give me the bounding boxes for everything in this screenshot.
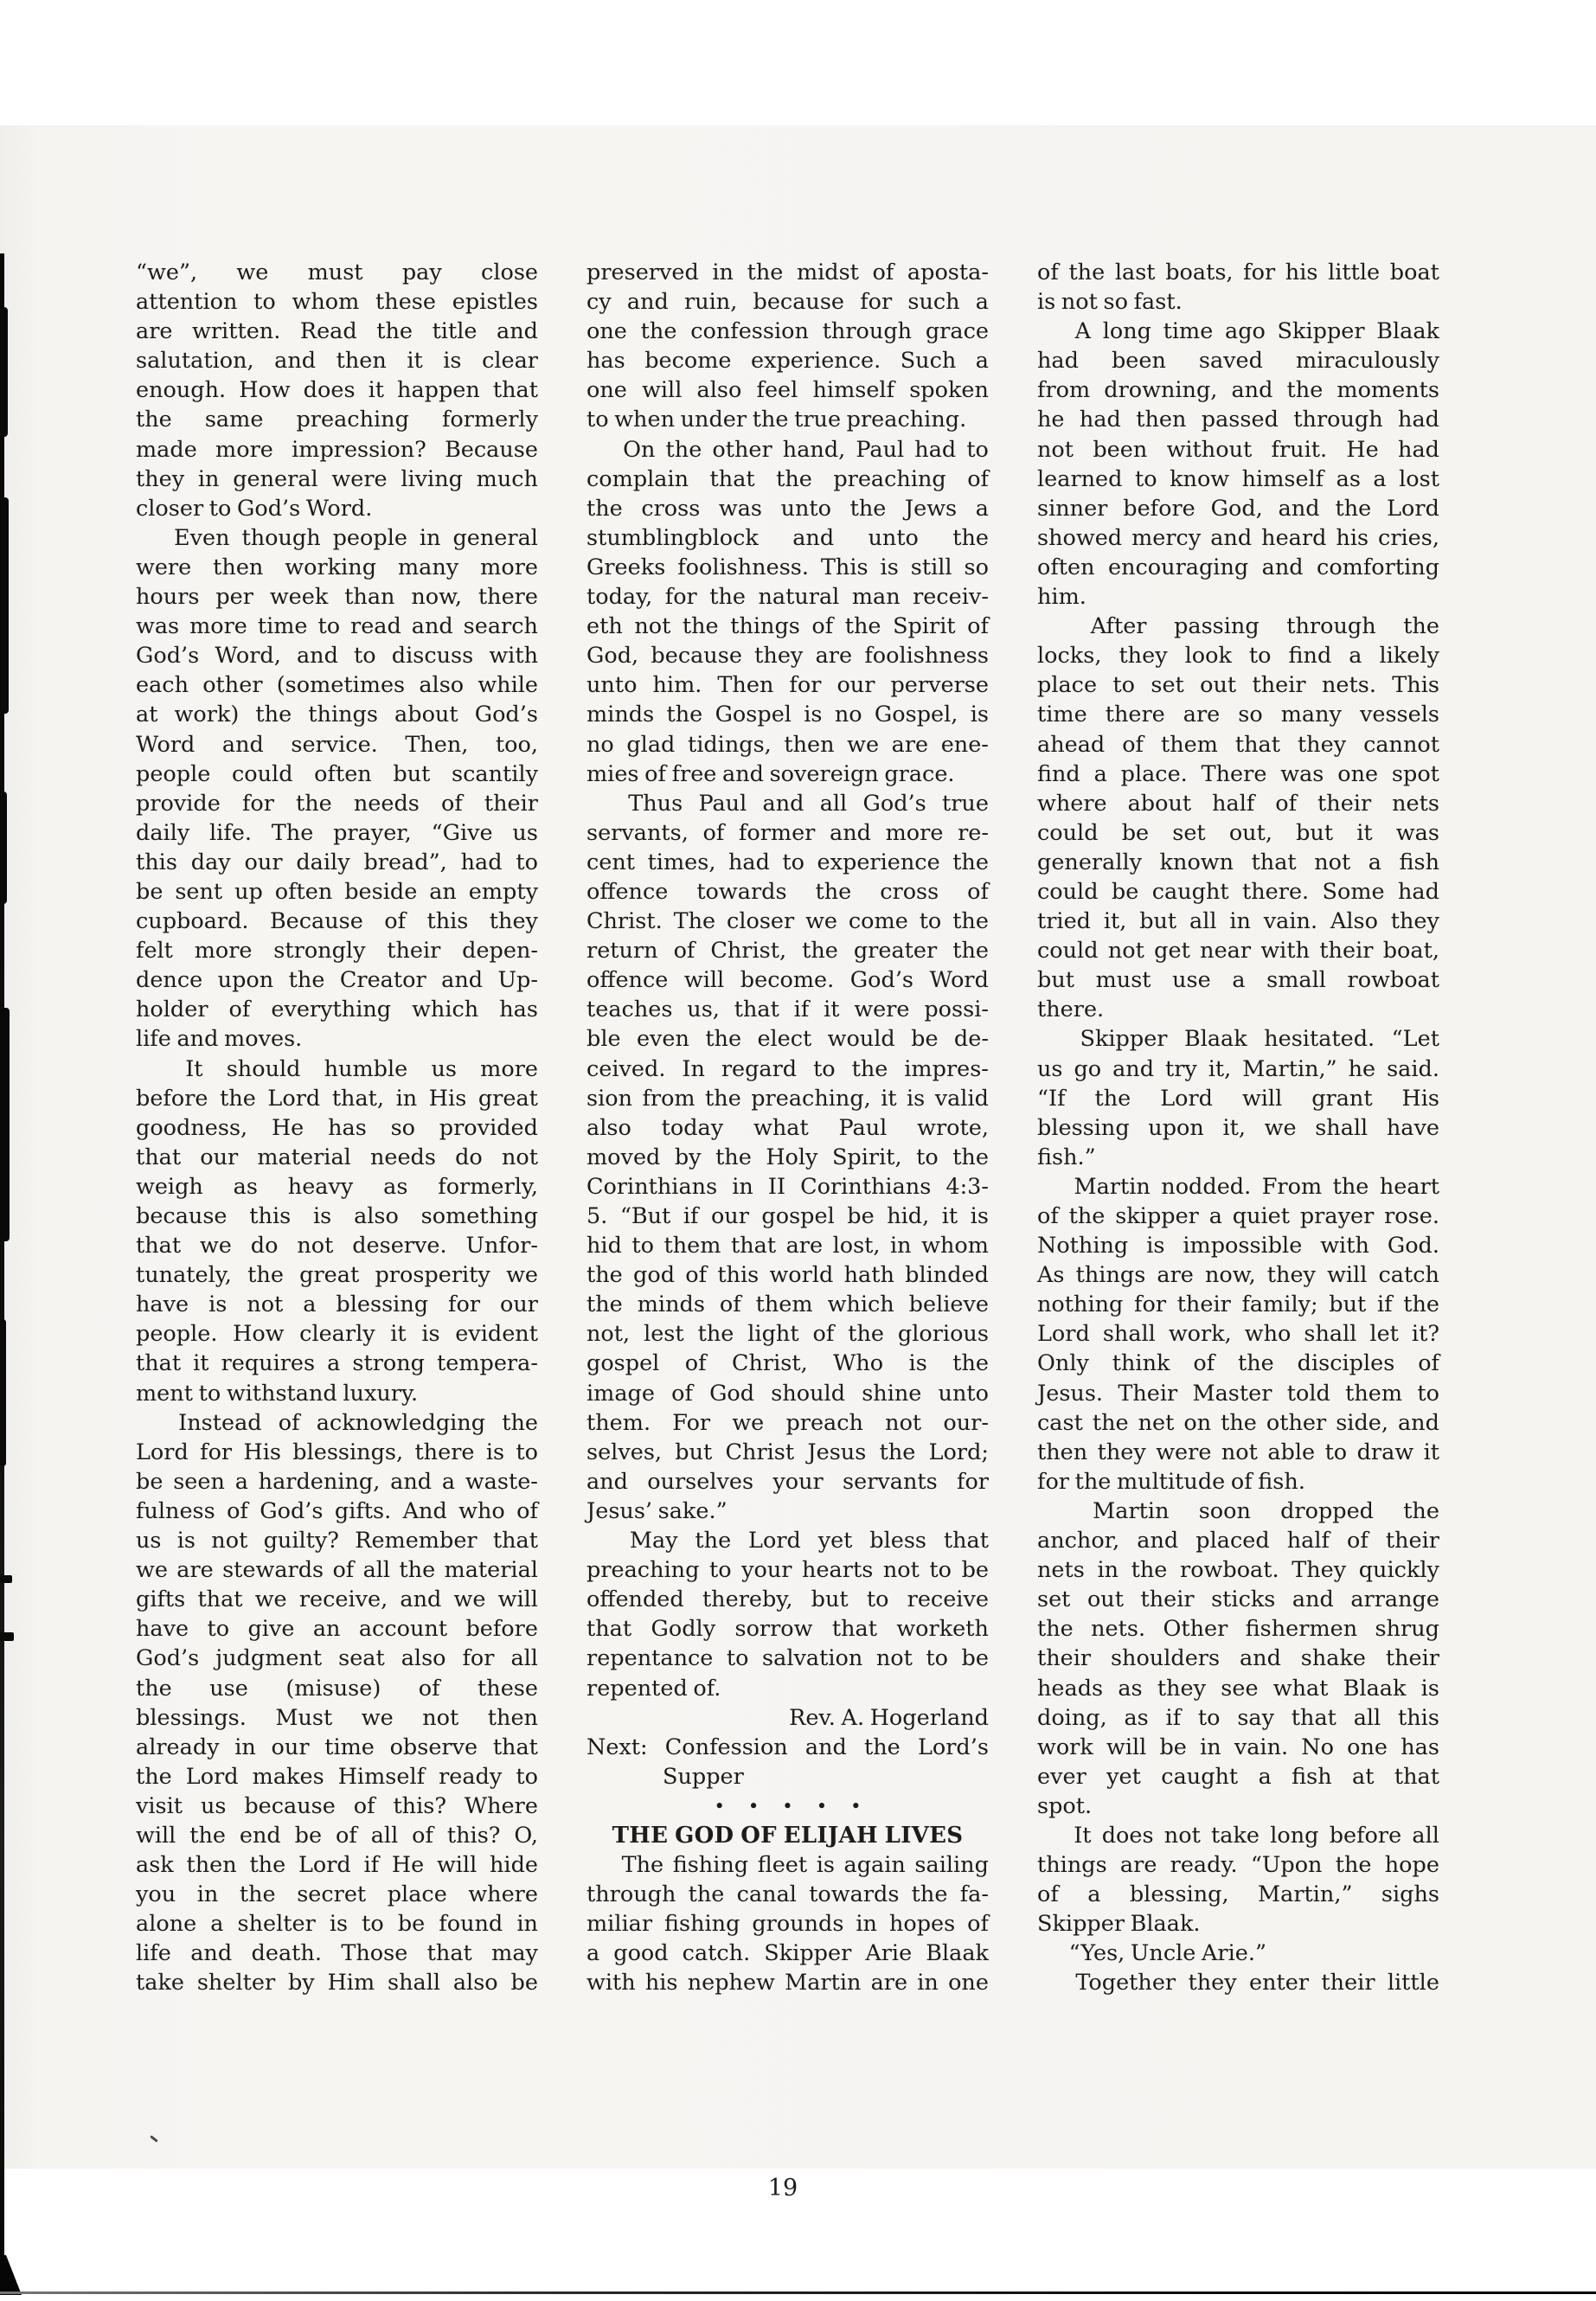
text-line: wearestewardsofallthematerial xyxy=(136,1555,538,1585)
text-line: throughthecanaltowardsthefa- xyxy=(586,1880,989,1909)
text-line: thingsareready.“Uponthehope xyxy=(1037,1850,1439,1880)
text-line: askthentheLordifHewillhide xyxy=(136,1850,538,1880)
text-line: miesoffreeandsovereigngrace. xyxy=(586,760,989,789)
text-line: offencewillbecome.God’sWord xyxy=(586,965,989,995)
text-line: butmustuseasmallrowboat xyxy=(1037,965,1439,995)
text-line: aloneashelteristobefoundin xyxy=(136,1909,538,1939)
text-line: Martinsoondroppedthe xyxy=(1037,1497,1439,1526)
text-line: God’sWord,andtodiscusswith xyxy=(136,641,538,670)
text-line: headsastheyseewhatBlaakis xyxy=(1037,1674,1439,1703)
text-line: thesamepreachingformerly xyxy=(136,405,538,434)
scan-edge-blotch xyxy=(0,1319,6,1466)
text-line: theLordmakesHimselfreadyto xyxy=(136,1762,538,1791)
text-line: ofthelastboats,forhislittleboat xyxy=(1037,258,1439,287)
text-line: becausethisisalsosomething xyxy=(136,1202,538,1231)
column-2: preservedinthemidstofaposta-cyandruin,be… xyxy=(586,258,989,1998)
text-line: him. xyxy=(1037,582,1439,612)
text-line: lifeandmoves. xyxy=(136,1024,538,1054)
text-line: thisdayourdailybread”,hadto xyxy=(136,848,538,877)
text-line: everyetcaughtafishatthat xyxy=(1037,1762,1439,1791)
text-line: God,becausetheyarefoolishness xyxy=(586,641,989,670)
text-line: atwork)thethingsaboutGod’s xyxy=(136,700,538,729)
text-line: Martinnodded.Fromtheheart xyxy=(1037,1172,1439,1202)
text-line: thatitrequiresastrongtempera- xyxy=(136,1349,538,1378)
text-line: lifeanddeath.Thosethatmay xyxy=(136,1939,538,1968)
text-line: imageofGodshouldshineunto xyxy=(586,1379,989,1408)
scan-edge-blotch xyxy=(0,1008,10,1241)
text-line: weighasheavyasformerly, xyxy=(136,1172,538,1202)
scan-edge-blotch xyxy=(0,497,9,714)
text-line: haveisnotablessingforour xyxy=(136,1290,538,1319)
text-line: thentheywerenotabletodrawit xyxy=(1037,1438,1439,1467)
text-line: oftenencouragingandcomforting xyxy=(1037,553,1439,582)
text-line: Ontheotherhand,Paulhadto xyxy=(586,435,989,465)
text-line: ofablessing,Martin,”sighs xyxy=(1037,1880,1439,1909)
text-line: Afterpassingthroughthe xyxy=(1037,612,1439,641)
text-line: hasbecomeexperience.Sucha xyxy=(586,346,989,375)
text-line: Itshouldhumbleusmore xyxy=(136,1054,538,1084)
text-line: thenets.Otherfishermenshrug xyxy=(1037,1614,1439,1644)
text-line: blessings.Mustwenotthen xyxy=(136,1703,538,1733)
scan-stray-mark xyxy=(150,2135,158,2143)
text-line: cyandruin,becauseforsucha xyxy=(586,287,989,317)
text-line: thecrosswasuntotheJewsa xyxy=(586,494,989,523)
text-line: CorinthiansinIICorinthians4:3- xyxy=(586,1172,989,1202)
text-line: placetosetouttheirnets.This xyxy=(1037,670,1439,700)
text-line: preachingtoyourheartsnottobe xyxy=(586,1555,989,1585)
text-line: anchor,andplacedhalfoftheir xyxy=(1037,1526,1439,1555)
text-line: attentiontowhomtheseepistles xyxy=(136,287,538,317)
text-line: today,forthenaturalmanreceiv- xyxy=(586,582,989,612)
text-line: showedmercyandheardhiscries, xyxy=(1037,523,1439,553)
text-line: werethenworkingmanymore xyxy=(136,553,538,582)
text-line: mindstheGospelisnoGospel,is xyxy=(586,700,989,729)
text-line: ••••• xyxy=(586,1791,989,1821)
text-line: centtimes,hadtoexperiencethe xyxy=(586,848,989,877)
text-line: beseenahardening,andawaste- xyxy=(136,1467,538,1497)
text-line: cupboard.Becauseofthisthey xyxy=(136,907,538,936)
text-line: miliarfishinggroundsinhopesof xyxy=(586,1909,989,1939)
text-line: Greeksfoolishness.Thisisstillso xyxy=(586,553,989,582)
text-line: people.Howclearlyitisevident xyxy=(136,1319,538,1349)
text-line: providefortheneedsoftheir xyxy=(136,789,538,818)
text-line: notbeenwithoutfruit.Hehad xyxy=(1037,435,1439,465)
text-line: teachesus,thatifitwerepossi- xyxy=(586,995,989,1024)
scan-edge-blotch xyxy=(0,792,7,904)
text-line: fish.” xyxy=(1037,1143,1439,1172)
text-line: LordforHisblessings,thereisto xyxy=(136,1438,538,1467)
text-line: ceived.Inregardtotheimpres- xyxy=(586,1054,989,1084)
text-line: workwillbeinvain.Noonehas xyxy=(1037,1733,1439,1762)
text-line: theirshouldersandshaketheir xyxy=(1037,1644,1439,1673)
text-line: eachother(sometimesalsowhile xyxy=(136,670,538,700)
text-line: holderofeverythingwhichhas xyxy=(136,995,538,1024)
text-line: usisnotguilty?Rememberthat xyxy=(136,1526,538,1555)
text-line: there. xyxy=(1037,995,1439,1024)
text-line: fulnessofGod’sgifts.Andwhoof xyxy=(136,1497,538,1526)
column-3: ofthelastboats,forhislittleboatisnotsofa… xyxy=(1037,258,1439,1998)
text-line: couldnotgetnearwiththeirboat, xyxy=(1037,936,1439,965)
text-line: “Yes,UncleArie.” xyxy=(1037,1939,1439,1968)
text-line: denceupontheCreatorandUp- xyxy=(136,965,538,995)
text-line: andourselvesyourservantsfor xyxy=(586,1467,989,1497)
text-line: Rev.A.Hogerland xyxy=(586,1703,989,1733)
text-line: hadbeensavedmiraculously xyxy=(1037,346,1439,375)
text-line: ethnotthethingsoftheSpiritof xyxy=(586,612,989,641)
text-line: them.Forwepreachnotour- xyxy=(586,1408,989,1438)
text-line: God’sjudgmentseatalsoforall xyxy=(136,1644,538,1673)
text-line: findaplace.Therewasonespot xyxy=(1037,760,1439,789)
text-line: thatGodlysorrowthatworketh xyxy=(586,1614,989,1644)
text-line: nothingfortheirfamily;butifthe xyxy=(1037,1290,1439,1319)
text-line: thatourmaterialneedsdonot xyxy=(136,1143,538,1172)
text-line: enough.Howdoesithappenthat xyxy=(136,375,538,405)
text-line: hoursperweekthannow,there xyxy=(136,582,538,612)
text-line: “IftheLordwillgrantHis xyxy=(1037,1084,1439,1113)
text-line: dailylife.Theprayer,“Giveus xyxy=(136,818,538,848)
text-line: couldbecaughtthere.Somehad xyxy=(1037,877,1439,907)
text-line: repentedof. xyxy=(586,1674,989,1703)
text-line: untohim.Thenforourperverse xyxy=(586,670,989,700)
text-line: THEGODOFELIJAHLIVES xyxy=(586,1821,989,1850)
text-line: theyingeneralwerelivingmuch xyxy=(136,465,538,494)
text-line: servants,offormerandmorere- xyxy=(586,818,989,848)
scan-corner-artifact xyxy=(0,2255,22,2295)
text-line: havetogiveanaccountbefore xyxy=(136,1614,538,1644)
text-line: aheadofthemthattheycannot xyxy=(1037,730,1439,760)
text-line: theuse(misuse)ofthese xyxy=(136,1674,538,1703)
text-line: 5.“Butifourgospelbehid,itis xyxy=(586,1202,989,1231)
scanned-page: “we”,wemustpaycloseattentiontowhomthesee… xyxy=(0,125,1596,2169)
text-line: willtheendbeofallofthis?O, xyxy=(136,1821,538,1850)
text-line: isnotsofast. xyxy=(1037,287,1439,317)
text-line: NothingisimpossiblewithGod. xyxy=(1037,1231,1439,1260)
article-text-block: “we”,wemustpaycloseattentiontowhomthesee… xyxy=(136,258,1439,1998)
text-line: MaytheLordyetblessthat xyxy=(586,1526,989,1555)
text-line: “we”,wemustpayclose xyxy=(136,258,538,287)
text-line: hidtothemthatarelost,inwhom xyxy=(586,1231,989,1260)
text-line: not,lestthelightoftheglorious xyxy=(586,1319,989,1349)
text-line: Supper xyxy=(586,1762,989,1791)
text-line: Next:ConfessionandtheLord’s xyxy=(586,1733,989,1762)
text-line: spot. xyxy=(1037,1791,1439,1821)
text-line: peoplecouldoftenbutscantily xyxy=(136,760,538,789)
text-line: locks,theylooktofindalikely xyxy=(1037,641,1439,670)
text-line: doing,asiftosaythatallthis xyxy=(1037,1703,1439,1733)
text-line: Onlythinkofthedisciplesof xyxy=(1037,1349,1439,1378)
text-line: nogladtidings,thenweareene- xyxy=(586,730,989,760)
text-line: hehadthenpassedthroughhad xyxy=(1037,405,1439,434)
text-line: offencetowardsthecrossof xyxy=(586,877,989,907)
scan-edge-tick xyxy=(0,1632,14,1641)
text-line: onewillalsofeelhimselfspoken xyxy=(586,375,989,405)
text-line: Jesus’sake.” xyxy=(586,1497,989,1526)
text-line: takeshelterbyHimshallalsobe xyxy=(136,1968,538,1997)
text-line: netsintherowboat.Theyquickly xyxy=(1037,1555,1439,1585)
text-line: thegodofthisworldhathblinded xyxy=(586,1260,989,1290)
text-line: sionfromthepreaching,itisvalid xyxy=(586,1084,989,1113)
text-line: sinnerbeforeGod,andtheLord xyxy=(1037,494,1439,523)
text-line: Itdoesnottakelongbeforeall xyxy=(1037,1821,1439,1850)
text-line: menttowithstandluxury. xyxy=(136,1379,538,1408)
text-line: fromdrowning,andthemoments xyxy=(1037,375,1439,405)
text-line: gospelofChrist,Whoisthe xyxy=(586,1349,989,1378)
text-line: generallyknownthatnotafish xyxy=(1037,848,1439,877)
text-line: thatwedonotdeserve.Unfor- xyxy=(136,1231,538,1260)
text-line: wasmoretimetoreadandsearch xyxy=(136,612,538,641)
text-line: couldbesetout,butitwas xyxy=(1037,818,1439,848)
page-number: 19 xyxy=(0,2176,1566,2200)
text-line: AlongtimeagoSkipperBlaak xyxy=(1037,317,1439,346)
text-line: visitusbecauseofthis?Where xyxy=(136,1791,538,1821)
text-line: closertoGod’sWord. xyxy=(136,494,538,523)
text-line: Thefishingfleetisagainsailing xyxy=(586,1850,989,1880)
text-line: Wordandservice.Then,too, xyxy=(136,730,538,760)
scan-edge-tick xyxy=(0,1575,12,1583)
text-line: Insteadofacknowledgingthe xyxy=(136,1408,538,1438)
text-line: SkipperBlaak. xyxy=(1037,1909,1439,1939)
column-1: “we”,wemustpaycloseattentiontowhomthesee… xyxy=(136,258,538,1998)
scan-edge-blotch xyxy=(0,307,8,437)
text-line: usgoandtryit,Martin,”hesaid. xyxy=(1037,1054,1439,1084)
text-line: stumblingblockanduntothe xyxy=(586,523,989,553)
text-line: timetherearesomanyvessels xyxy=(1037,700,1439,729)
text-line: selves,butChristJesustheLord; xyxy=(586,1438,989,1467)
text-line: Christ.Thecloserwecometothe xyxy=(586,907,989,936)
text-line: Lordshallwork,whoshallletit? xyxy=(1037,1319,1439,1349)
text-line: triedit,butallinvain.Alsothey xyxy=(1037,907,1439,936)
text-line: tunately,thegreatprosperitywe xyxy=(136,1260,538,1290)
text-line: complainthatthepreachingof xyxy=(586,465,989,494)
text-line: Asthingsarenow,theywillcatch xyxy=(1037,1260,1439,1290)
text-line: youinthesecretplacewhere xyxy=(136,1880,538,1909)
text-line: mademoreimpression?Because xyxy=(136,435,538,465)
text-line: withhisnephewMartinareinone xyxy=(586,1968,989,1997)
text-line: movedbytheHolySpirit,tothe xyxy=(586,1143,989,1172)
text-line: forthemultitudeoffish. xyxy=(1037,1467,1439,1497)
text-line: preservedinthemidstofaposta- xyxy=(586,258,989,287)
text-line: salutation,andthenitisclear xyxy=(136,346,538,375)
text-line: towhenunderthetruepreaching. xyxy=(586,405,989,434)
text-line: alsotodaywhatPaulwrote, xyxy=(586,1113,989,1143)
text-line: Eventhoughpeopleingeneral xyxy=(136,523,538,553)
text-line: alreadyinourtimeobservethat xyxy=(136,1733,538,1762)
text-line: oftheskipperaquietprayerrose. xyxy=(1037,1202,1439,1231)
text-line: ThusPaulandallGod’strue xyxy=(586,789,989,818)
text-line: offendedthereby,buttoreceive xyxy=(586,1585,989,1614)
text-line: besentupoftenbesideanempty xyxy=(136,877,538,907)
scan-bottom-edge-line xyxy=(0,2291,1596,2294)
text-line: SkipperBlaakhesitated.“Let xyxy=(1037,1024,1439,1054)
text-line: Jesus.TheirMastertoldthemto xyxy=(1037,1379,1439,1408)
text-line: feltmorestronglytheirdepen- xyxy=(136,936,538,965)
text-line: blessinguponit,weshallhave xyxy=(1037,1113,1439,1143)
text-line: learnedtoknowhimselfasalost xyxy=(1037,465,1439,494)
text-line: onetheconfessionthroughgrace xyxy=(586,317,989,346)
text-line: returnofChrist,thegreaterthe xyxy=(586,936,989,965)
text-line: castthenetontheotherside,and xyxy=(1037,1408,1439,1438)
text-line: giftsthatwereceive,andwewill xyxy=(136,1585,538,1614)
text-line: bleeventheelectwouldbede- xyxy=(586,1024,989,1054)
text-line: Togethertheyentertheirlittle xyxy=(1037,1968,1439,1997)
text-line: whereabouthalfoftheirnets xyxy=(1037,789,1439,818)
text-line: setouttheirsticksandarrange xyxy=(1037,1585,1439,1614)
text-line: agoodcatch.SkipperArieBlaak xyxy=(586,1939,989,1968)
text-line: themindsofthemwhichbelieve xyxy=(586,1290,989,1319)
text-line: repentancetosalvationnottobe xyxy=(586,1644,989,1673)
text-line: goodness,Hehassoprovided xyxy=(136,1113,538,1143)
text-line: arewritten.Readthetitleand xyxy=(136,317,538,346)
text-line: beforetheLordthat,inHisgreat xyxy=(136,1084,538,1113)
